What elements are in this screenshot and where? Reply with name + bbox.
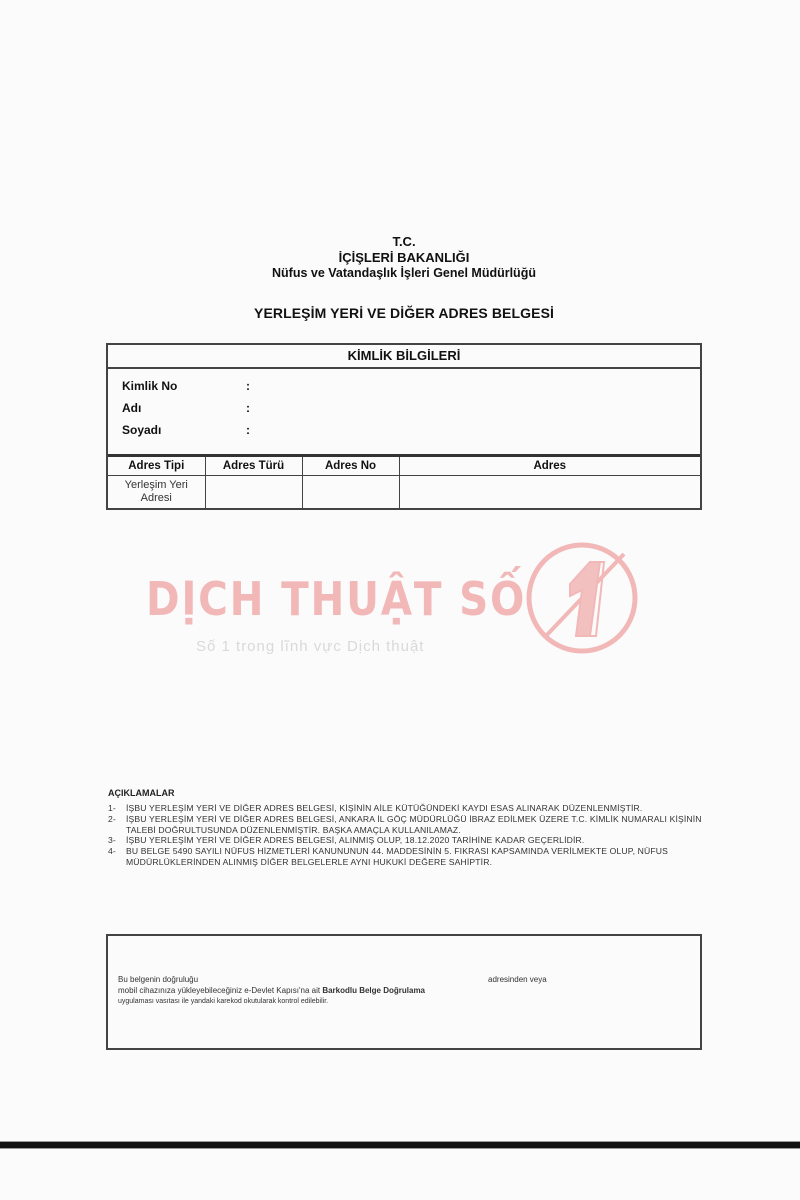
verify-line1-right: adresinden veya [488, 974, 547, 985]
note-item: 3- İŞBU YERLEŞİM YERİ VE DİĞER ADRES BEL… [108, 835, 708, 846]
verification-box: Bu belgenin doğruluğu adresinden veya mo… [106, 934, 702, 1050]
cell-adres-no [302, 476, 399, 509]
notes-section: AÇIKLAMALAR 1- İŞBU YERLEŞİM YERİ VE DİĞ… [108, 788, 708, 868]
watermark: DỊCH THUẬT SỐ Số 1 trong lĩnh vực Dịch t… [140, 538, 660, 663]
col-adres: Adres [399, 456, 700, 476]
verify-line1-left: Bu belgenin doğruluğu [118, 975, 198, 984]
cell-adres-tipi: Yerleşim Yeri Adresi [108, 476, 205, 509]
note-text: İŞBU YERLEŞİM YERİ VE DİĞER ADRES BELGES… [126, 803, 642, 813]
identity-box: KİMLİK BİLGİLERİ Kimlik No : Adı : Soyad… [106, 343, 702, 510]
note-item: 1- İŞBU YERLEŞİM YERİ VE DİĞER ADRES BEL… [108, 803, 708, 814]
verify-line2-prefix: mobil cihazınıza yükleyebileceğiniz e-De… [118, 986, 320, 995]
note-text: BU BELGE 5490 SAYILI NÜFUS HİZMETLERİ KA… [126, 846, 668, 867]
document-title: YERLEŞİM YERİ VE DİĞER ADRES BELGESİ [0, 305, 800, 321]
note-item: 2- İŞBU YERLEŞİM YERİ VE DİĞER ADRES BEL… [108, 814, 708, 836]
col-adres-turu: Adres Türü [205, 456, 302, 476]
col-adres-tipi: Adres Tipi [108, 456, 205, 476]
field-label: Soyadı [122, 419, 242, 441]
verify-line3: uygulaması vasıtası ile yandaki karekod … [118, 996, 568, 1007]
cell-adres-turu [205, 476, 302, 509]
note-text: İŞBU YERLEŞİM YERİ VE DİĞER ADRES BELGES… [126, 814, 702, 835]
note-number: 4- [108, 846, 116, 857]
watermark-tagline: Số 1 trong lĩnh vực Dịch thuật [196, 638, 424, 655]
field-colon: : [246, 419, 250, 441]
verify-line2-bold: Barkodlu Belge Doğrulama [322, 986, 425, 995]
note-item: 4- BU BELGE 5490 SAYILI NÜFUS HİZMETLERİ… [108, 846, 708, 868]
field-label: Kimlik No [122, 375, 242, 397]
identity-section-title: KİMLİK BİLGİLERİ [108, 345, 700, 369]
page-bottom-divider [0, 1141, 800, 1149]
table-row: Yerleşim Yeri Adresi [108, 476, 700, 509]
verification-text: Bu belgenin doğruluğu adresinden veya mo… [118, 974, 568, 1007]
note-number: 2- [108, 814, 116, 825]
address-table: Adres Tipi Adres Türü Adres No Adres Yer… [108, 454, 700, 508]
col-adres-no: Adres No [302, 456, 399, 476]
note-number: 3- [108, 835, 116, 846]
field-colon: : [246, 375, 250, 397]
address-table-header: Adres Tipi Adres Türü Adres No Adres [108, 456, 700, 476]
note-number: 1- [108, 803, 116, 814]
document-page: T.C. İÇİŞLERİ BAKANLIĞI Nüfus ve Vatanda… [0, 0, 800, 1200]
header-department: Nüfus ve Vatandaşlık İşleri Genel Müdürl… [0, 266, 800, 280]
cell-adres [399, 476, 700, 509]
watermark-brand: DỊCH THUẬT SỐ [146, 572, 526, 626]
header-ministry: İÇİŞLERİ BAKANLIĞI [0, 250, 800, 265]
number-one-logo-icon [524, 540, 640, 656]
field-colon: : [246, 397, 250, 419]
field-label: Adı [122, 397, 242, 419]
note-text: İŞBU YERLEŞİM YERİ VE DİĞER ADRES BELGES… [126, 835, 584, 845]
notes-title: AÇIKLAMALAR [108, 788, 708, 798]
header-tc: T.C. [0, 234, 800, 249]
